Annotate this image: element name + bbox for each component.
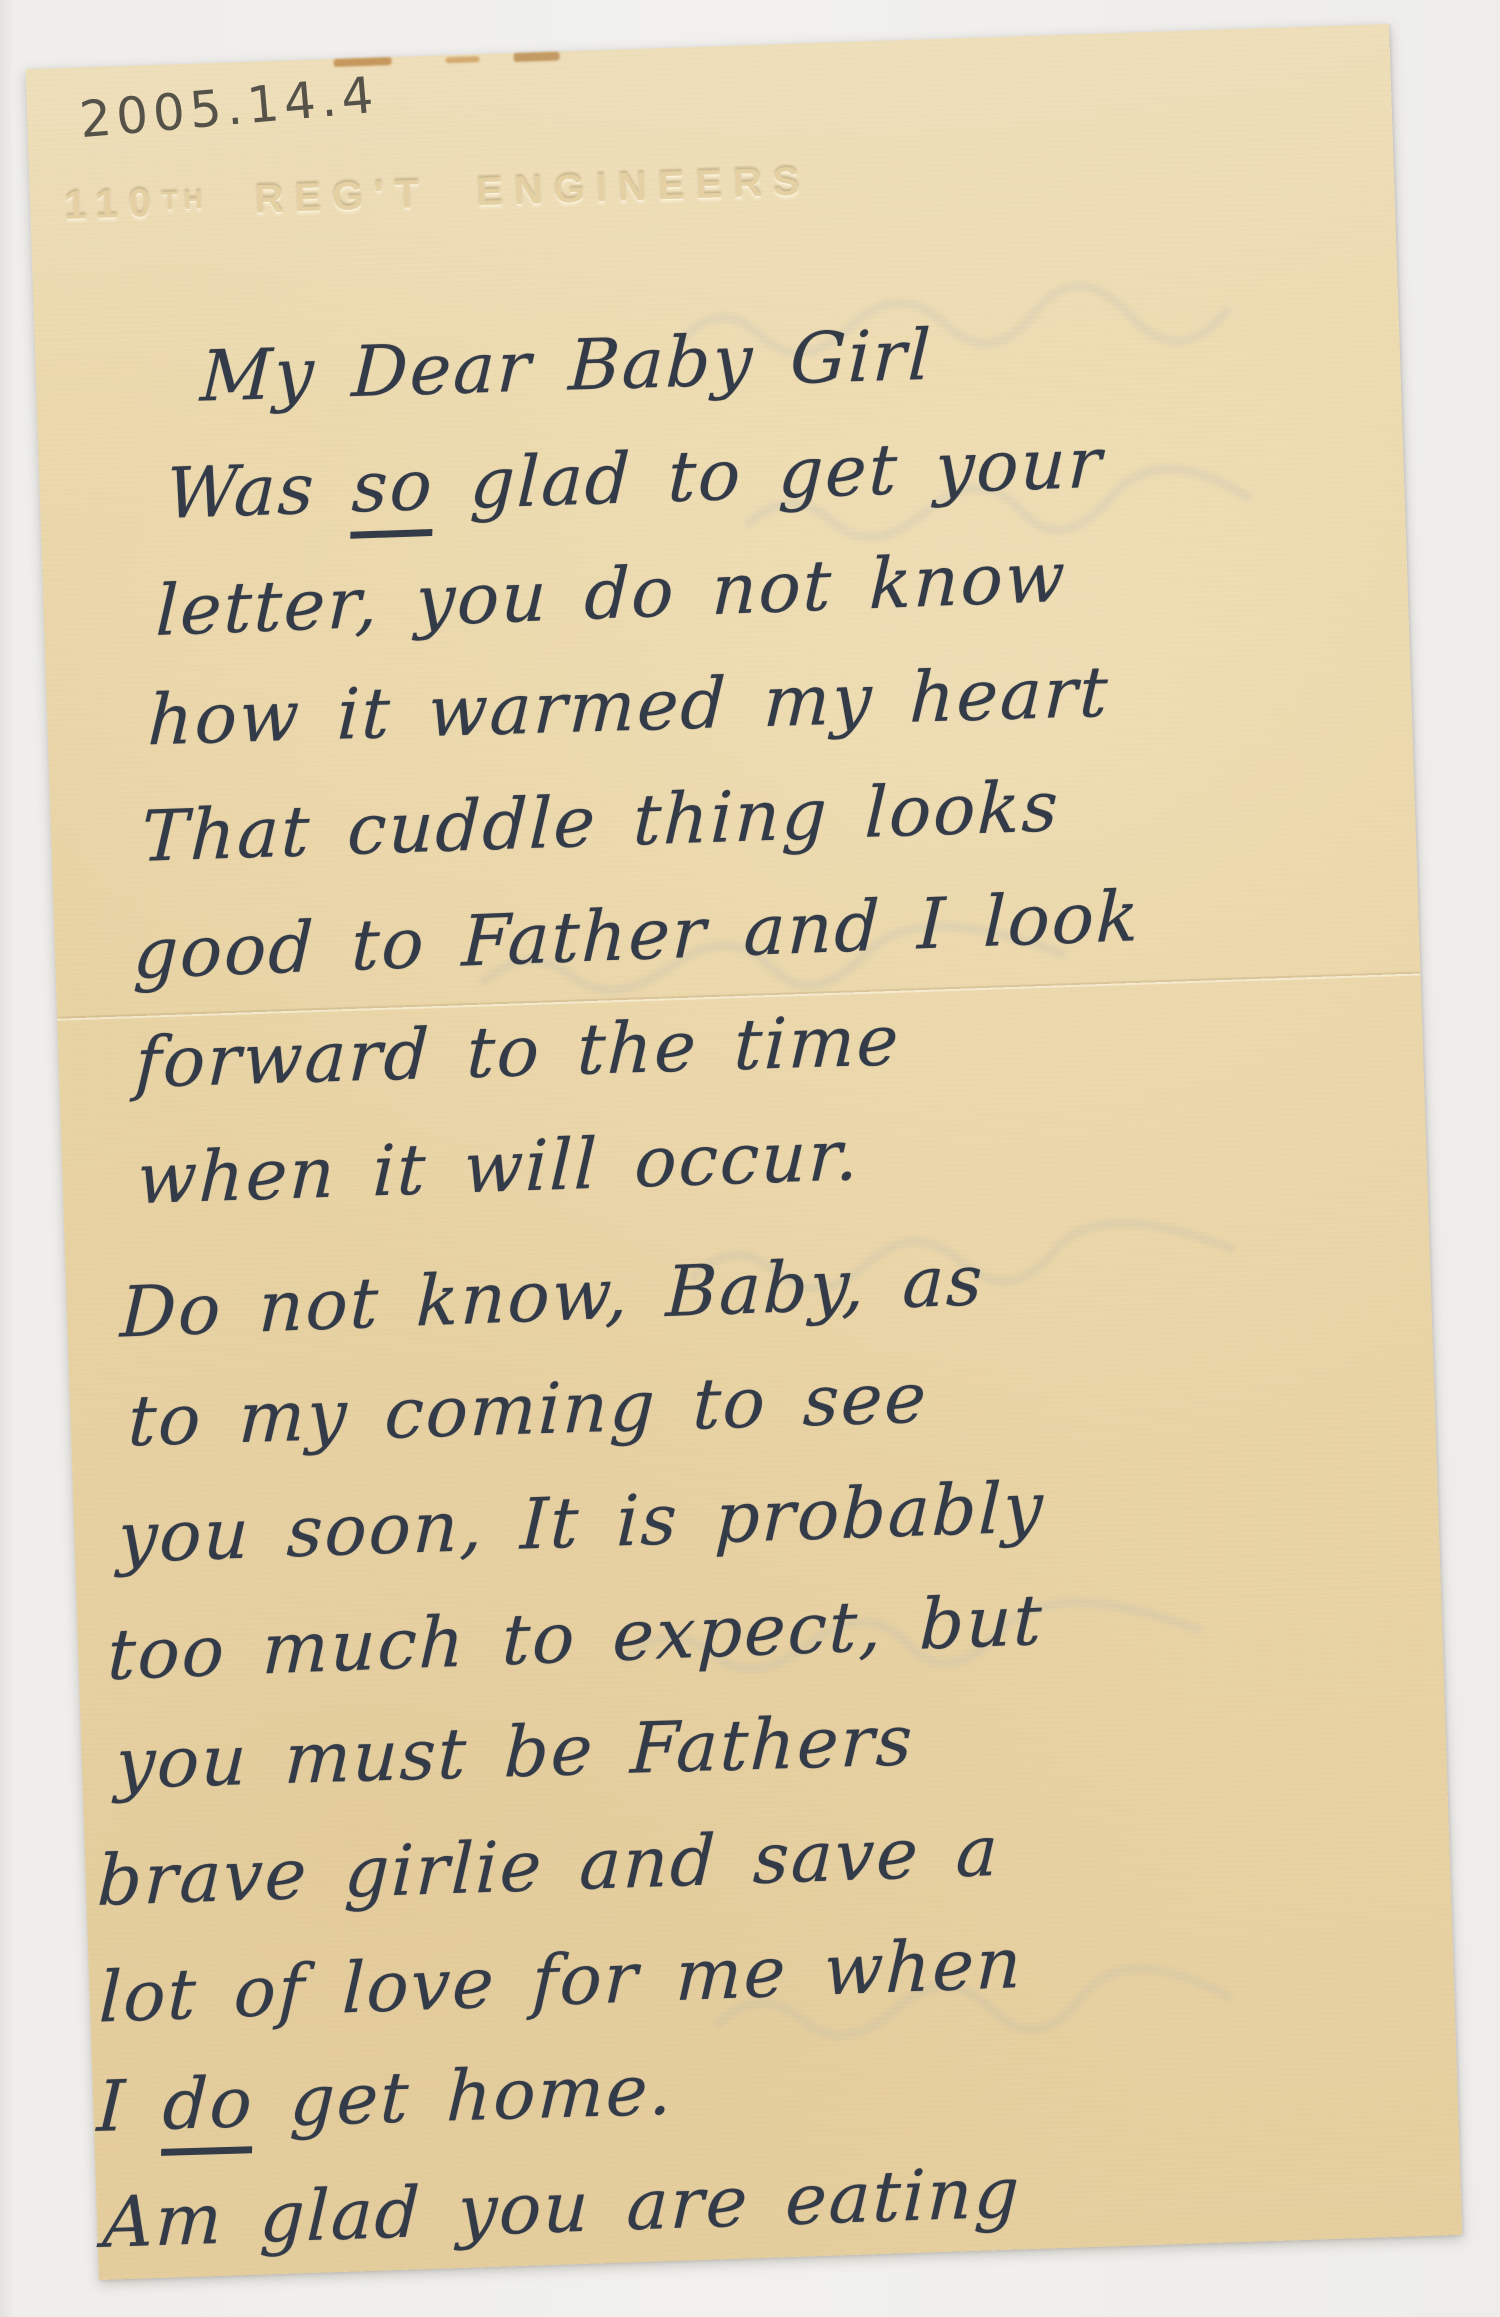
letter-text-segment: That cuddle thing looks	[140, 765, 1061, 878]
underlined-word: do	[161, 2061, 256, 2156]
letter-text-segment: when it will occur.	[136, 1114, 862, 1220]
letter-text-segment: forward to the time	[134, 999, 902, 1104]
rust-stain	[334, 57, 392, 67]
underlined-word: so	[350, 444, 435, 539]
letter-text-segment: good to Father and I look	[132, 875, 1142, 995]
letter-text-segment: you soon, It is probably	[116, 1466, 1046, 1579]
letter-text-segment: get home.	[252, 2049, 675, 2144]
catalog-number: 2005.14.4	[77, 66, 380, 149]
letter-text-segment: Do not know, Baby, as	[119, 1239, 986, 1354]
letter-body: My Dear Baby GirlWas so glad to get your…	[71, 280, 1442, 2281]
letter-text-segment: My Dear Baby Girl	[199, 314, 934, 418]
letter-paper: 2005.14.4 110TH REG'T ENGINEERS My Dear …	[26, 24, 1463, 2280]
letter-text-segment: brave girlie and save a	[96, 1810, 1001, 1922]
rust-stain	[446, 56, 480, 63]
embossed-letterhead: 110TH REG'T ENGINEERS	[64, 161, 745, 229]
letter-text-segment: Am glad you are eating	[101, 2151, 1022, 2264]
letter-text-segment: I	[95, 2064, 164, 2148]
letter-text-segment: glad to get your	[432, 422, 1104, 526]
letter-text-segment: letter, you do not know	[155, 536, 1068, 652]
letterhead-number: 110	[64, 181, 163, 228]
letter-text-segment: lot of love for me when	[98, 1922, 1025, 2039]
letter-text-segment: to my coming to see	[127, 1357, 930, 1463]
rust-stain	[513, 52, 559, 63]
scanned-letter-stage: 2005.14.4 110TH REG'T ENGINEERS My Dear …	[0, 0, 1500, 2317]
letterhead-text: REG'T ENGINEERS	[254, 159, 811, 221]
letterhead-ordinal: TH	[161, 184, 209, 216]
letter-text-segment: too much to expect, but	[106, 1579, 1044, 1696]
letter-text-segment: how it warmed my heart	[146, 651, 1111, 762]
letter-text-segment: you must be Fathers	[114, 1699, 916, 1805]
letter-text-segment: Was	[165, 447, 354, 535]
